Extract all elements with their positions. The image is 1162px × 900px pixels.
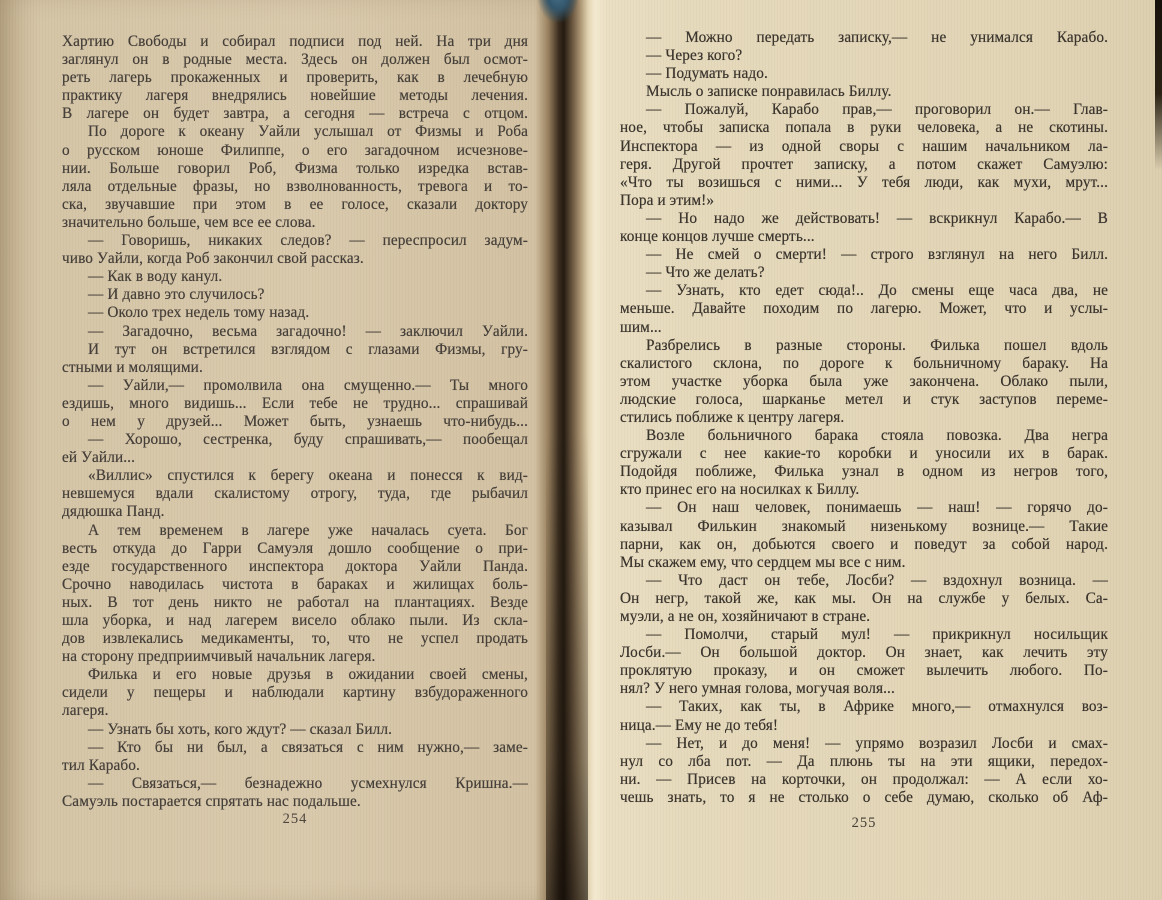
text-line: заглянул он в родные места. Здесь он дол… (62, 51, 528, 69)
text-line: Возле больничного барака стояла повозка.… (620, 427, 1108, 445)
text-line: А тем временем в лагере уже началась суе… (62, 522, 528, 540)
text-line: меньше. Давайте походим по лагерю. Может… (620, 300, 1108, 318)
text-line: людские голоса, шарканье метел и стук за… (620, 391, 1108, 409)
text-line: «Что ты возишься с ними... У тебя люди, … (620, 174, 1108, 192)
text-line: проклятую проказу, и он сможет вылечить … (620, 662, 1108, 680)
text-line: сгружали с нее какие-то коробки и уносил… (620, 445, 1108, 463)
left-page-text: Хартию Свободы и собирал подписи под ней… (62, 33, 528, 811)
text-line: ездишь, много видишь... Если тебе не тру… (62, 395, 528, 413)
text-line: конце концов лучше смерть... (620, 228, 1108, 246)
text-line: шла уборка, и над лагерем висело облако … (62, 612, 528, 630)
text-line: — Загадочно, весьма загадочно! — заключи… (62, 323, 528, 341)
page-edge-shadow (1155, 0, 1162, 170)
text-line: — Таких, как ты, в Африке много,— отмахн… (620, 698, 1108, 716)
text-line: — Через кого? (620, 47, 1108, 65)
text-line: ных. В тот день никто не работал на план… (62, 594, 528, 612)
text-line: реть лагерь прокаженных и проверить, как… (62, 69, 528, 87)
text-line: этом участке уборка была уже закончена. … (620, 373, 1108, 391)
text-line: — Пожалуй, Карабо прав,— проговорил он.—… (620, 101, 1108, 119)
text-line: — Кто бы ни был, а связаться с ним нужно… (62, 739, 528, 757)
text-line: ница.— Ему не до тебя! (620, 717, 1108, 735)
text-line: нул со лба пот. — Да плюнь ты на эти ящи… (620, 753, 1108, 771)
text-line: Мысль о записке понравилась Биллу. (620, 83, 1108, 101)
text-line: — Узнать бы хоть, кого ждут? — сказал Би… (62, 721, 528, 739)
text-line: невшемуся вдали скалистому отрогу, туда,… (62, 485, 528, 503)
text-line: кто принес его на носилках к Биллу. (620, 481, 1108, 499)
text-line: — Помолчи, старый мул! — прикрикнул носи… (620, 626, 1108, 644)
text-line: дядюшка Панд. (62, 503, 528, 521)
text-line: — Как в воду канул. (62, 268, 528, 286)
binding-gutter-shadow (546, 430, 588, 900)
text-line: — Нет, и до меня! — упрямо возразил Лосб… (620, 735, 1108, 753)
text-line: В лагере он будет завтра, а сегодня — вс… (62, 105, 528, 123)
text-line: ляла отдельные фразы, но взволнованность… (62, 178, 528, 196)
text-line: о русском юноше Филиппе, о его загадочно… (62, 142, 528, 160)
text-line: По дороге к океану Уайли услышал от Физм… (62, 123, 528, 141)
text-line: нял? У него умная голова, могучая воля..… (620, 680, 1108, 698)
text-line: о нем у друзей... Может быть, узнаешь чт… (62, 413, 528, 431)
text-line: муэли, а не он, хозяйничают в стране. (620, 608, 1108, 626)
text-line: геря. Другой прочтет записку, а потом ск… (620, 156, 1108, 174)
text-line: ска, звучавшие при этом в ее голосе, ска… (62, 196, 528, 214)
text-line: Срочно наводилась чистота в бараках и жи… (62, 576, 528, 594)
text-line: стились поближе к центру лагеря. (620, 409, 1108, 427)
text-line: — Уайли,— промолвила она смущенно.— Ты м… (62, 377, 528, 395)
text-line: — Можно передать записку,— не унимался К… (620, 29, 1108, 47)
text-line: Разбрелись в разные стороны. Филька поше… (620, 337, 1108, 355)
text-line: лагеря. (62, 702, 528, 720)
text-line: чешь знать, то я не столько о себе думаю… (620, 789, 1108, 807)
text-line: — Он наш человек, понимаешь — наш! — гор… (620, 499, 1108, 517)
text-line: — Хорошо, сестренка, буду спрашивать,— п… (62, 431, 528, 449)
text-line: на сторону предприимчивый начальник лаге… (62, 648, 528, 666)
text-line: тил Карабо. (62, 757, 528, 775)
text-line: — Подумать надо. (620, 65, 1108, 83)
page-number-left: 254 (62, 811, 528, 828)
text-line: — Но надо же действовать! — вскрикнул Ка… (620, 210, 1108, 228)
book-cover-edge (538, 0, 578, 22)
text-line: чиво Уайли, когда Роб закончил свой расс… (62, 250, 528, 268)
text-line: — Связаться,— безнадежно усмехнулся Криш… (62, 775, 528, 793)
text-line: Филька и его новые друзья в ожидании сво… (62, 666, 528, 684)
text-line: Он негр, такой же, как мы. Он на службе … (620, 590, 1108, 608)
text-line: ей Уайли... (62, 449, 528, 467)
text-line: нии. Больше говорил Роб, Физма только из… (62, 160, 528, 178)
right-page-text: — Можно передать записку,— не унимался К… (620, 29, 1108, 807)
text-line: — Говоришь, никаких следов? — переспроси… (62, 232, 528, 250)
text-line: — Что даст он тебе, Лосби? — вздохнул во… (620, 572, 1108, 590)
text-line: — Около трех недель тому назад. (62, 304, 528, 322)
text-line: И тут он встретился взглядом с глазами Ф… (62, 341, 528, 359)
text-line: парни, как он, добьются своего и поведут… (620, 536, 1108, 554)
text-line: езде государственного инспектора доктора… (62, 558, 528, 576)
text-line: — И давно это случилось? (62, 286, 528, 304)
text-line: — Что же делать? (620, 264, 1108, 282)
text-line: стными и молящими. (62, 359, 528, 377)
text-line: Хартию Свободы и собирал подписи под ней… (62, 33, 528, 51)
text-line: весть откуда до Гарри Самуэля дошло сооб… (62, 540, 528, 558)
page-number-right: 255 (620, 815, 1108, 832)
text-line: дов извлекались медикаменты, то, что не … (62, 630, 528, 648)
text-line: значительно больше, чем все ее слова. (62, 214, 528, 232)
text-line: ное, чтобы записка попала в руки человек… (620, 119, 1108, 137)
text-line: — Не смей о смерти! — строго взглянул на… (620, 246, 1108, 264)
text-line: скалистого склона, по дороге к больнично… (620, 355, 1108, 373)
text-line: Подойдя поближе, Филька узнал в одном из… (620, 463, 1108, 481)
text-line: — Узнать, кто едет сюда!.. До смены еще … (620, 282, 1108, 300)
text-line: шим... (620, 319, 1108, 337)
text-line: Лосби.— Он большой доктор. Он знает, как… (620, 644, 1108, 662)
text-line: Мы скажем ему, что сердцем мы все с ним. (620, 554, 1108, 572)
text-line: Пора и этим!» (620, 192, 1108, 210)
text-line: практику лагеря внедрялись новейшие мето… (62, 87, 528, 105)
text-line: Самуэль постарается спрятать нас подальш… (62, 793, 528, 811)
text-line: казывал Филькин знакомый низенькому возн… (620, 518, 1108, 536)
book-spread: Хартию Свободы и собирал подписи под ней… (0, 0, 1162, 900)
text-line: Инспектора — из одной своры с нашим нача… (620, 138, 1108, 156)
text-line: сидели у пещеры и наблюдали картину взбу… (62, 684, 528, 702)
text-line: «Виллис» спустился к берегу океана и пон… (62, 467, 528, 485)
text-line: ни. — Присев на корточки, он продолжал: … (620, 771, 1108, 789)
